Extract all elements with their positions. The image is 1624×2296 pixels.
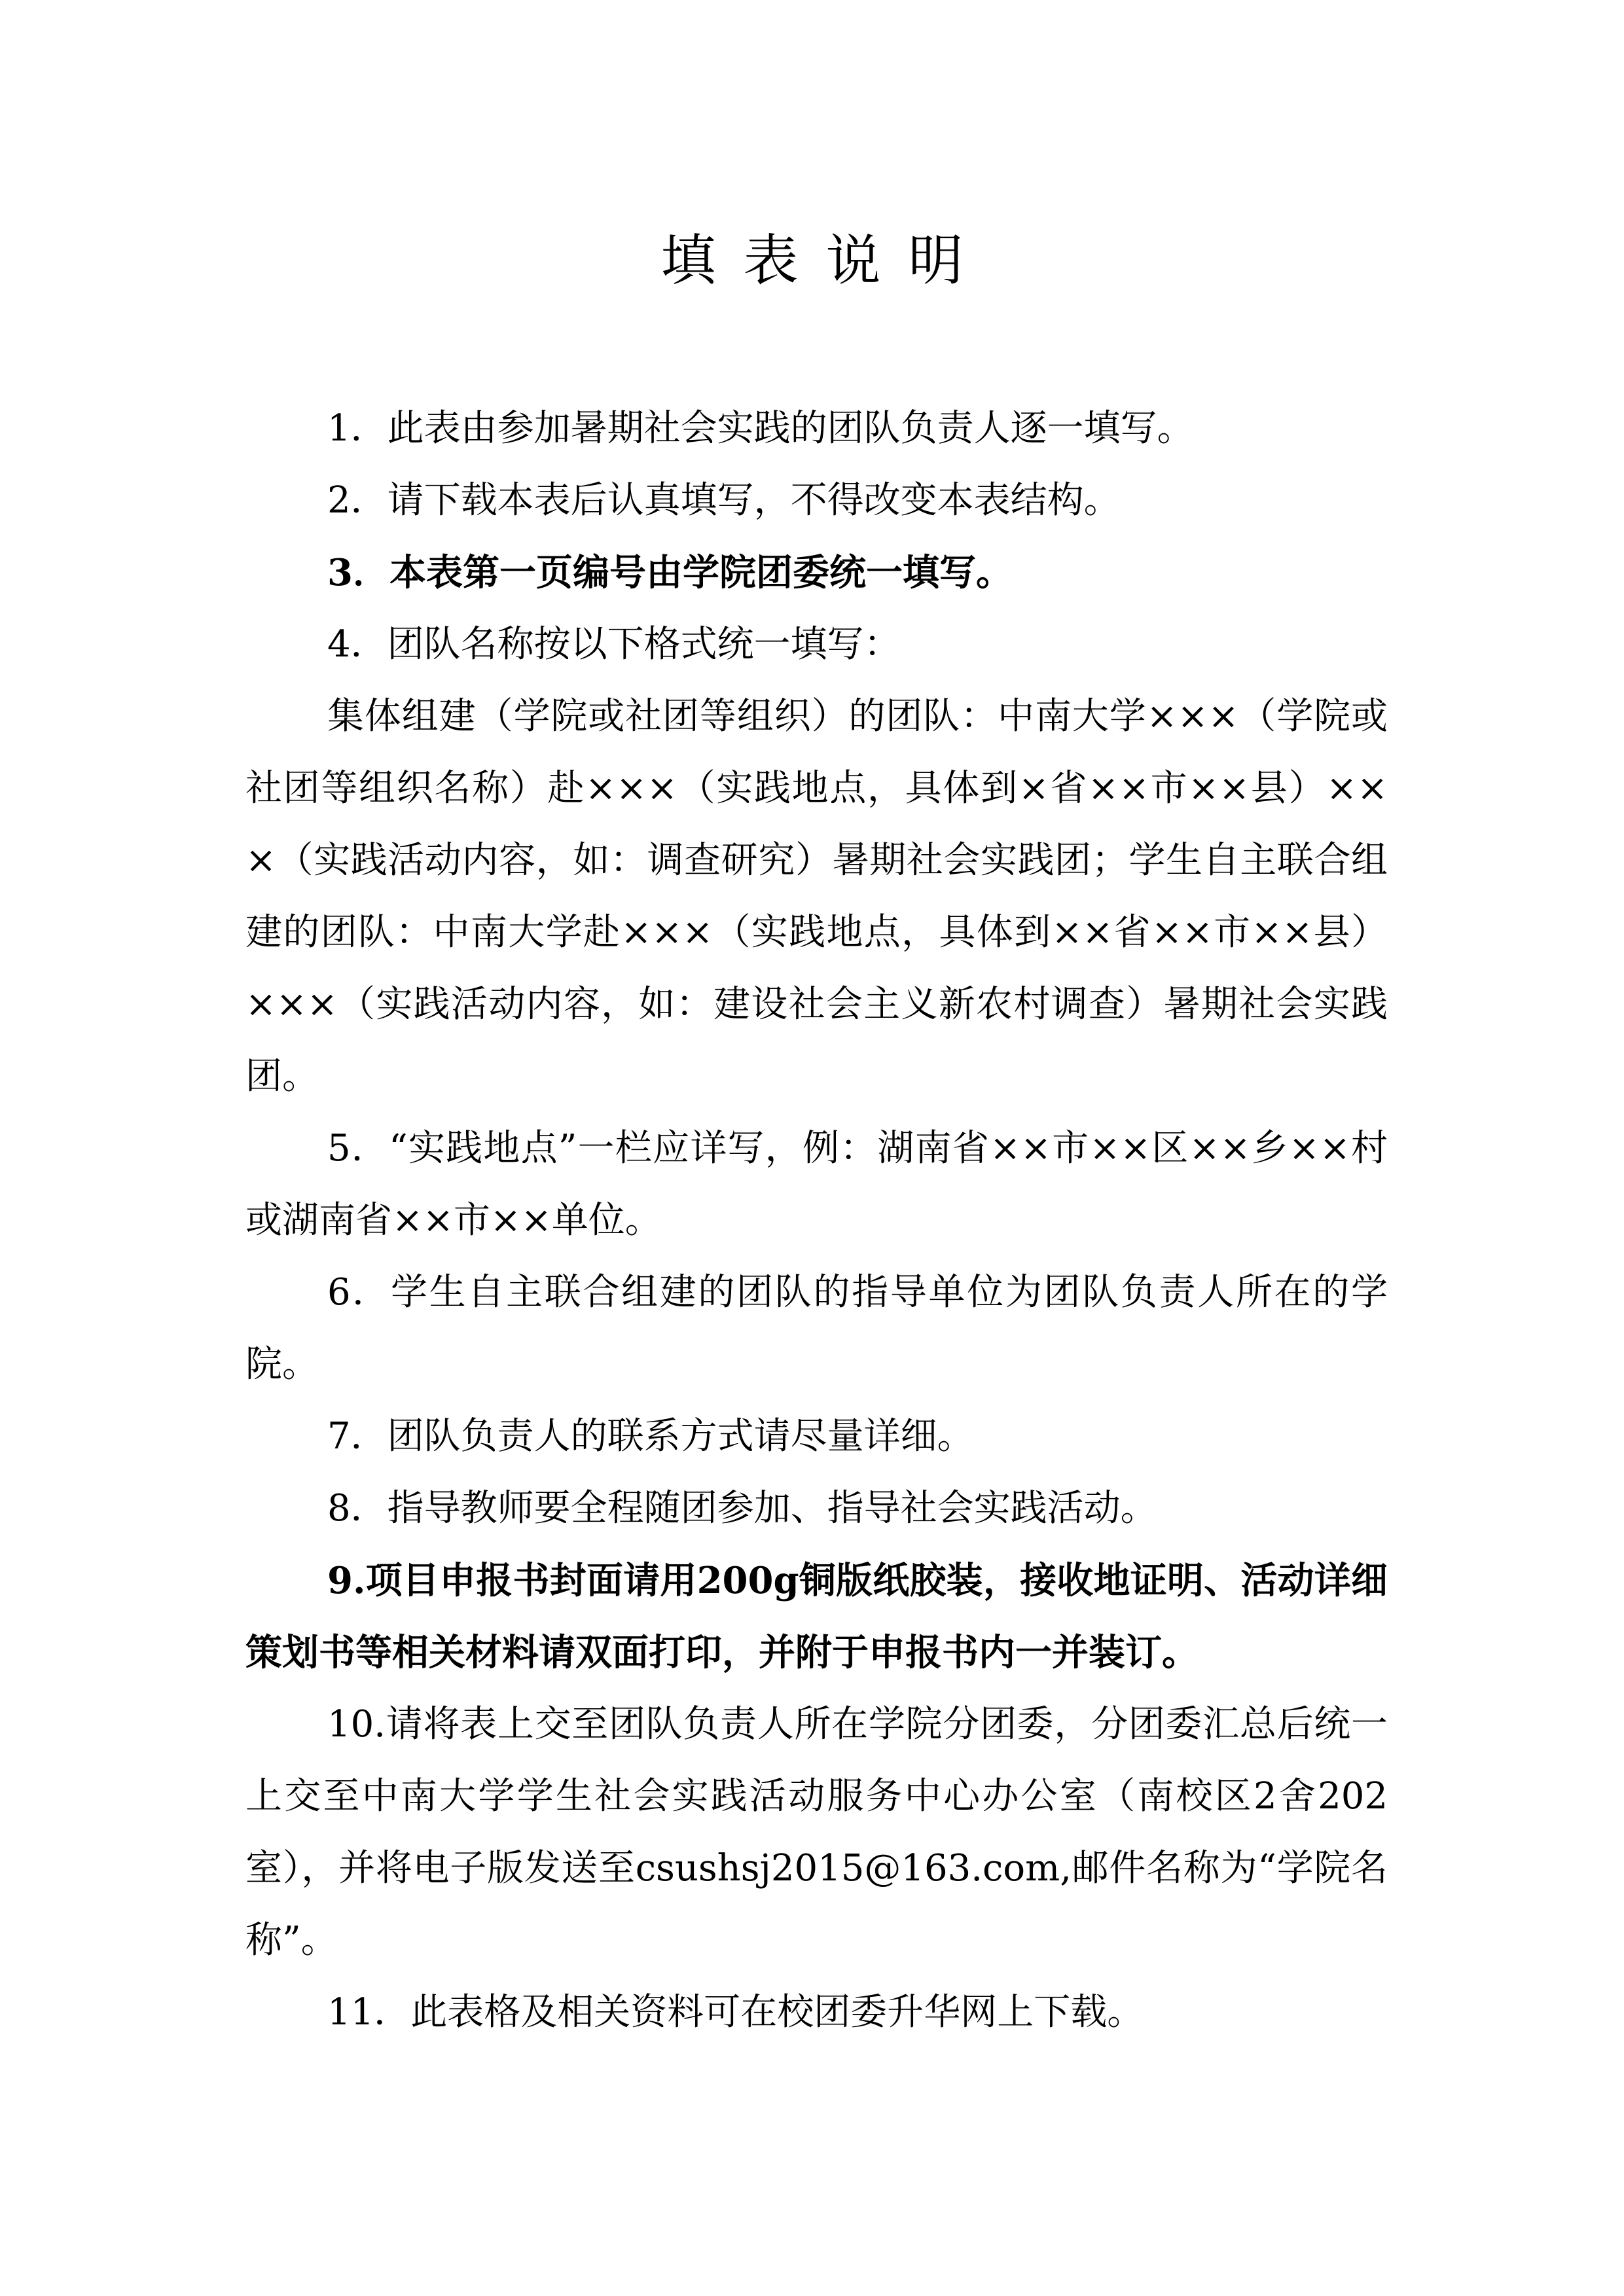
- instruction-item-3: 3．本表第一页编号由学院团委统一填写。: [245, 537, 1388, 609]
- document-page: 填表说明 1．此表由参加暑期社会实践的团队负责人逐一填写。 2．请下载本表后认真…: [0, 0, 1624, 2296]
- instruction-item-1: 1．此表由参加暑期社会实践的团队负责人逐一填写。: [245, 393, 1388, 465]
- team-name-format-example: 集体组建（学院或社团等组织）的团队：中南大学×××（学院或社团等组织名称）赴××…: [245, 681, 1388, 1113]
- instruction-item-6: 6．学生自主联合组建的团队的指导单位为团队负责人所在的学院。: [245, 1257, 1388, 1401]
- instruction-item-10: 10.请将表上交至团队负责人所在学院分团委，分团委汇总后统一上交至中南大学学生社…: [245, 1689, 1388, 1977]
- instructions-body: 1．此表由参加暑期社会实践的团队负责人逐一填写。 2．请下载本表后认真填写，不得…: [245, 393, 1388, 2049]
- page-title: 填表说明: [0, 228, 1624, 293]
- instruction-item-5: 5．“实践地点”一栏应详写，例：湖南省××市××区××乡××村或湖南省××市××…: [245, 1113, 1388, 1257]
- instruction-item-9: 9.项目申报书封面请用200g铜版纸胶装，接收地证明、活动详细策划书等相关材料请…: [245, 1545, 1388, 1689]
- instruction-item-8: 8．指导教师要全程随团参加、指导社会实践活动。: [245, 1473, 1388, 1545]
- instruction-item-4: 4．团队名称按以下格式统一填写：: [245, 609, 1388, 681]
- instruction-item-2: 2．请下载本表后认真填写，不得改变本表结构。: [245, 465, 1388, 537]
- instruction-item-7: 7．团队负责人的联系方式请尽量详细。: [245, 1401, 1388, 1473]
- instruction-item-11: 11．此表格及相关资料可在校团委升华网上下载。: [245, 1977, 1388, 2049]
